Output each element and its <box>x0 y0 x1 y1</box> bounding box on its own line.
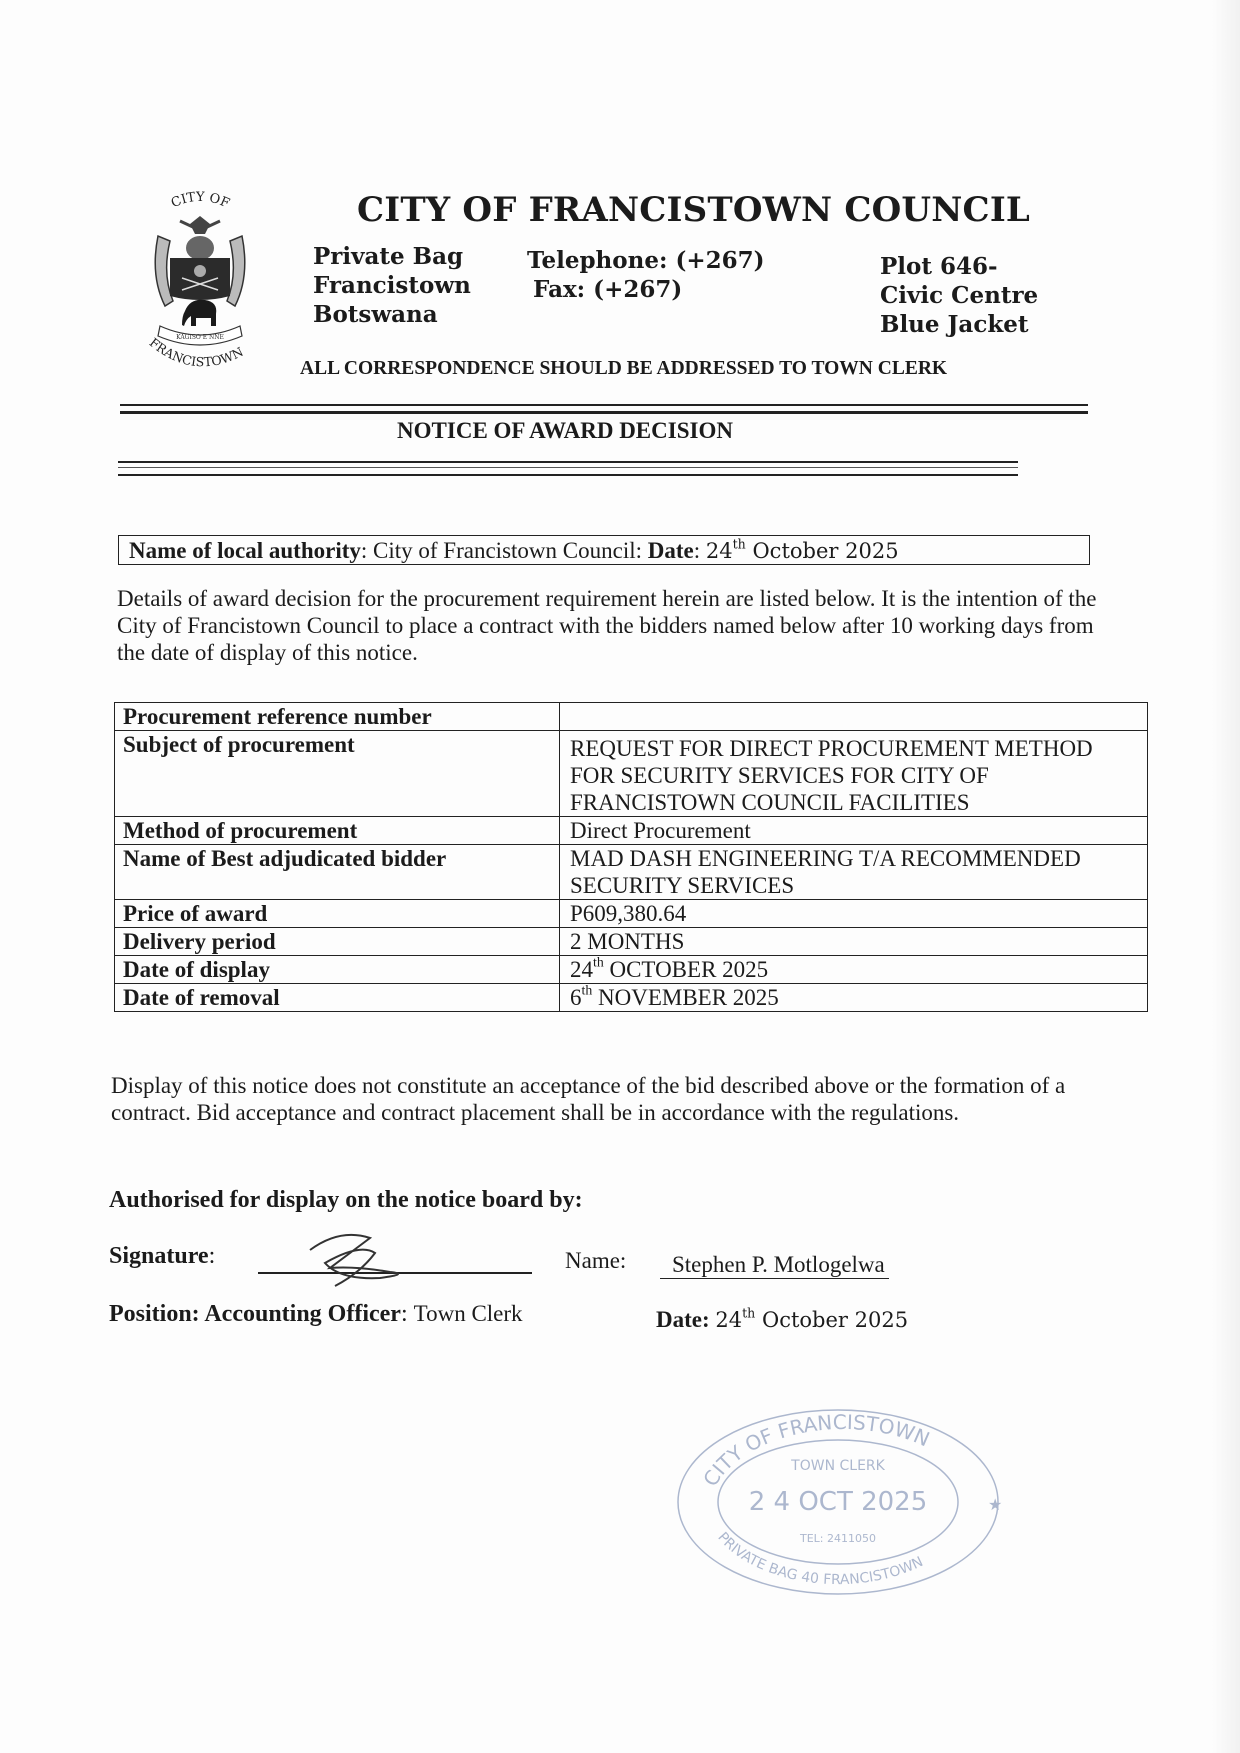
row-value: MAD DASH ENGINEERING T/A RECOMMENDED SEC… <box>560 845 1148 900</box>
stamp-title: TOWN CLERK <box>790 1458 885 1474</box>
position-row: Position: Accounting Officer: Town Clerk <box>109 1301 523 1328</box>
table-row: Name of Best adjudicated bidderMAD DASH … <box>115 845 1148 900</box>
row-label: Method of procurement <box>115 817 560 845</box>
signature-scribble <box>300 1228 430 1288</box>
row-label: Date of display <box>115 956 560 984</box>
table-row: Date of removal6th NOVEMBER 2025 <box>115 984 1148 1012</box>
table-row: Date of display24th OCTOBER 2025 <box>115 956 1148 984</box>
table-row: Method of procurementDirect Procurement <box>115 817 1148 845</box>
authority-date-label: Date <box>648 538 694 563</box>
council-crest-logo: CITY OF KAGISO E NNE FRANCISTOWN <box>140 186 260 386</box>
intro-paragraph: Details of award decision for the procur… <box>117 585 1097 666</box>
address-line: Blue Jacket <box>880 310 1038 339</box>
disclaimer-paragraph: Display of this notice does not constitu… <box>111 1072 1111 1126</box>
award-details-table: Procurement reference numberSubject of p… <box>114 702 1148 1012</box>
local-authority-box: Name of local authority: City of Francis… <box>118 535 1090 565</box>
org-title: CITY OF FRANCISTOWN COUNCIL <box>357 190 1030 230</box>
row-label: Price of award <box>115 900 560 928</box>
notice-title: NOTICE OF AWARD DECISION <box>0 418 1130 444</box>
telephone: Telephone: (+267) <box>527 246 765 275</box>
address-line: Civic Centre <box>880 281 1038 310</box>
row-label: Date of removal <box>115 984 560 1012</box>
authorised-heading: Authorised for display on the notice boa… <box>109 1187 583 1214</box>
fax: Fax: (+267) <box>527 275 765 304</box>
table-row: Delivery period2 MONTHS <box>115 928 1148 956</box>
address-line: Botswana <box>313 300 471 329</box>
position-label: Position: Accounting Officer <box>109 1301 401 1327</box>
divider <box>118 461 1018 463</box>
row-value: 6th NOVEMBER 2025 <box>560 984 1148 1012</box>
authority-value: City of Francistown Council: <box>373 538 642 563</box>
table-row: Price of awardP609,380.64 <box>115 900 1148 928</box>
row-label: Procurement reference number <box>115 703 560 731</box>
svg-text:CITY OF FRANCISTOWN: CITY OF FRANCISTOWN <box>698 1410 933 1491</box>
town-clerk-stamp: CITY OF FRANCISTOWN TOWN CLERK 2 4 OCT 2… <box>668 1402 1008 1602</box>
row-value: P609,380.64 <box>560 900 1148 928</box>
stamp-tel: TEL: 2411050 <box>799 1532 876 1545</box>
address-line: Private Bag <box>313 242 471 271</box>
signature-date: Date: 24th October 2025 <box>656 1307 908 1333</box>
divider <box>118 474 1018 476</box>
row-value: 2 MONTHS <box>560 928 1148 956</box>
name-label: Name: <box>565 1248 626 1274</box>
row-label: Name of Best adjudicated bidder <box>115 845 560 900</box>
signature-label: Signature: <box>109 1243 215 1270</box>
table-row: Procurement reference number <box>115 703 1148 731</box>
row-label: Subject of procurement <box>115 731 560 817</box>
row-value: Direct Procurement <box>560 817 1148 845</box>
address-line: Francistown <box>313 271 471 300</box>
postal-address: Private Bag Francistown Botswana <box>313 242 471 329</box>
divider <box>120 411 1088 414</box>
contact-numbers: Telephone: (+267) Fax: (+267) <box>527 246 765 304</box>
page-edge-shadow <box>1212 0 1240 1753</box>
stamp-date: 2 4 OCT 2025 <box>749 1487 928 1517</box>
table-row: Subject of procurementREQUEST FOR DIRECT… <box>115 731 1148 817</box>
physical-address: Plot 646- Civic Centre Blue Jacket <box>880 252 1038 339</box>
row-label: Delivery period <box>115 928 560 956</box>
signatory-name: Stephen P. Motlogelwa <box>660 1252 889 1279</box>
divider <box>118 467 1018 468</box>
crest-motto: KAGISO E NNE <box>176 334 224 341</box>
star-icon: ★ <box>988 1495 1002 1514</box>
date-label: Date: <box>656 1307 710 1332</box>
address-line: Plot 646- <box>880 252 1038 281</box>
row-value <box>560 703 1148 731</box>
position-value: Town Clerk <box>414 1301 523 1326</box>
row-value: REQUEST FOR DIRECT PROCUREMENT METHOD FO… <box>560 731 1148 817</box>
authority-label: Name of local authority <box>129 538 361 563</box>
crest-top-text: CITY OF <box>169 190 232 212</box>
row-value: 24th OCTOBER 2025 <box>560 956 1148 984</box>
divider <box>120 404 1088 406</box>
authority-date: 24th October 2025 <box>706 539 899 563</box>
correspondence-note: ALL CORRESPONDENCE SHOULD BE ADDRESSED T… <box>300 358 947 380</box>
